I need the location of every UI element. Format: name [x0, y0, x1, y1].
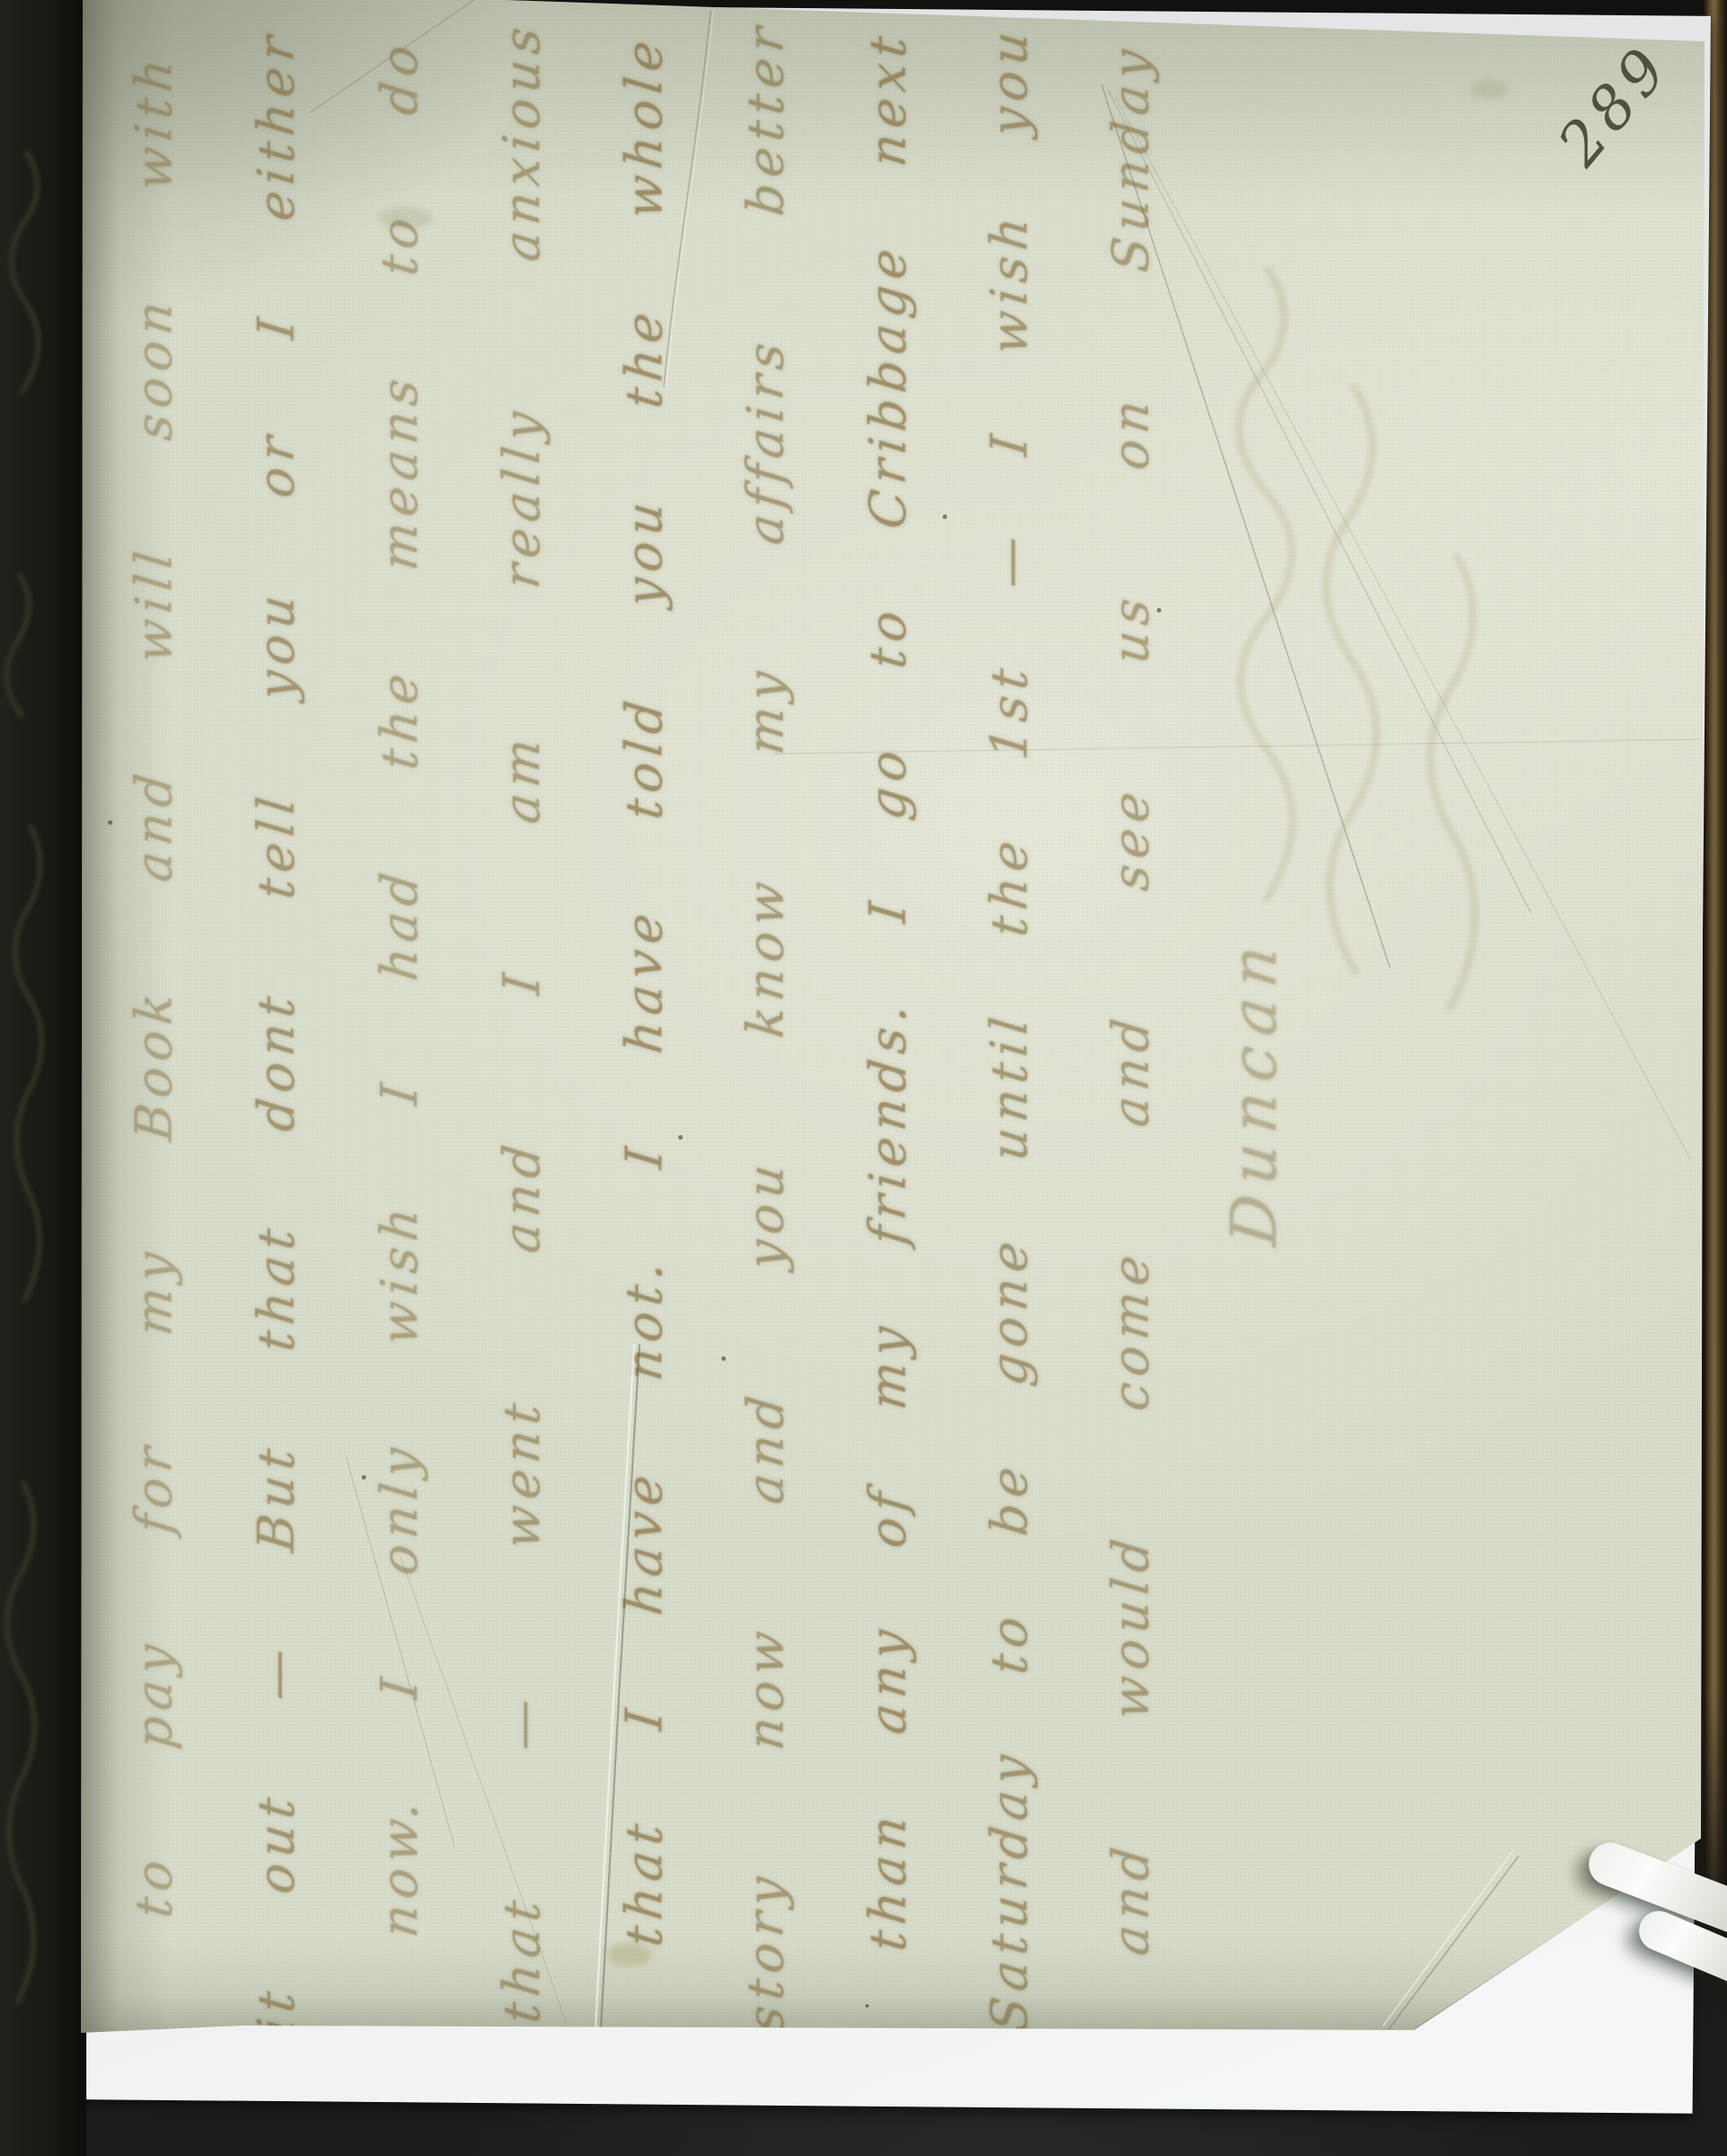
letter-line-2: it out — But that dont tell you or I eit… [245, 27, 309, 2038]
ink-speck [108, 820, 112, 825]
ink-speck [362, 1475, 366, 1480]
letter-line-3: now. I only wish I had the means to do [368, 36, 433, 1941]
ink-speck [943, 514, 947, 519]
ink-stain [378, 207, 434, 228]
ink-stain [607, 1943, 652, 1966]
signature: Duncan [1216, 504, 1292, 1249]
letter-line-5: that I have not. I have told you the who… [613, 31, 677, 1950]
ink-speck [1157, 608, 1161, 613]
ink-stain [1471, 79, 1508, 99]
letter-line-7: than any of my friends. I go to Cribbage… [856, 27, 921, 1955]
letter-line-4: that — went and I am really anxious [490, 18, 555, 2026]
ink-speck [721, 1356, 726, 1361]
gutter-showthrough-marks [0, 0, 86, 2156]
letter-line-6: story now and you know my affairs better [734, 18, 799, 2035]
ink-speck [678, 1135, 683, 1140]
book-gutter [0, 0, 86, 2156]
letter-line-8: Saturday to be gone until the 1st — I wi… [978, 22, 1042, 2035]
letter-line-1: to pay for my Book and will soon with [122, 49, 187, 1921]
ink-speck [865, 2004, 869, 2008]
letter-line-9: and would come and see us on Sunday [1099, 40, 1164, 1959]
letter-paper: to pay for my Book and will soon with it… [81, 0, 1705, 2038]
photographed-letter-page: to pay for my Book and will soon with it… [0, 0, 1727, 2156]
